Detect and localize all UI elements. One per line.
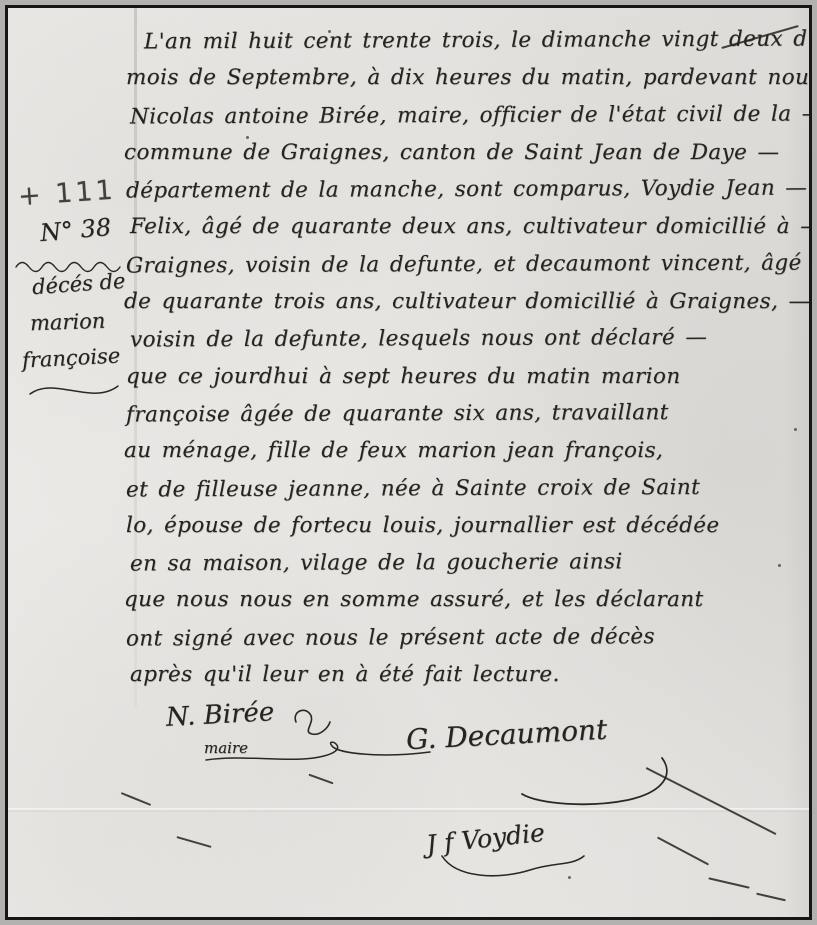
ink-speck: [568, 876, 571, 879]
act-line-12: au ménage, fille de feux marion jean fra…: [124, 432, 802, 469]
stray-stroke: [708, 877, 749, 888]
stray-stroke: [756, 893, 786, 902]
act-line-15: en sa maison, vilage de la goucherie ain…: [130, 543, 802, 583]
act-line-14: lo, épouse de fortecu louis, journallier…: [126, 507, 802, 544]
act-line-1: L'an mil huit cent trente trois, le dima…: [126, 21, 802, 61]
stray-stroke: [308, 774, 333, 785]
act-line-13: et de filleuse jeanne, née à Sainte croi…: [126, 468, 802, 508]
act-line-7: Graignes, voisin de la defunte, et decau…: [126, 244, 802, 284]
margin-pencil-mark: + 111: [17, 175, 117, 213]
horizontal-fold-crease: [8, 808, 809, 812]
decaumont-flourish: [478, 756, 678, 812]
act-line-4: commune de Graignes, canton de Saint Jea…: [124, 134, 802, 171]
act-line-16: que nous nous en somme assuré, et les dé…: [124, 581, 802, 618]
act-line-8: de quarante trois ans, cultivateur domic…: [124, 283, 802, 320]
voydie-flourish: [438, 848, 588, 882]
act-line-17: ont signé avec nous le présent acte de d…: [126, 617, 802, 657]
act-line-5: département de la manche, sont comparus,…: [126, 170, 802, 210]
ink-speck: [328, 30, 331, 33]
stray-stroke: [657, 837, 709, 866]
ink-speck: [794, 428, 797, 431]
act-line-6: Felix, âgé de quarante deux ans, cultiva…: [130, 208, 802, 245]
stray-stroke: [121, 792, 151, 806]
act-line-18: après qu'il leur en à été fait lecture.: [130, 656, 802, 693]
margin-caption-marion: marion: [30, 309, 106, 336]
act-line-10: que ce jourdhui à sept heures du matin m…: [126, 358, 802, 395]
act-body-text: L'an mil huit cent trente trois, le dima…: [126, 22, 802, 693]
ink-speck: [246, 136, 249, 139]
act-line-2: mois de Septembre, à dix heures du matin…: [126, 59, 802, 96]
margin-caption-deces-de: décés de: [31, 269, 126, 299]
act-number: N° 38: [39, 213, 112, 247]
scan-border: + 111 N° 38 décés de marion françoise L'…: [0, 0, 817, 925]
act-line-9: voisin de la defunte, lesquels nous ont …: [130, 319, 802, 359]
act-line-11: françoise âgée de quarante six ans, trav…: [126, 393, 802, 433]
ink-speck: [778, 564, 781, 567]
signature-mayor-biree: N. Birée: [165, 697, 275, 733]
scan-inner-border: + 111 N° 38 décés de marion françoise L'…: [5, 5, 812, 920]
margin-flourish: [26, 380, 122, 406]
mayor-underline-flourish: [204, 732, 434, 766]
document-page: + 111 N° 38 décés de marion françoise L'…: [8, 8, 809, 917]
stray-stroke: [176, 836, 211, 848]
act-line-3: Nicolas antoine Birée, maire, officier d…: [130, 95, 802, 135]
margin-caption-francoise: françoise: [21, 343, 120, 372]
signature-decaumont: G. Decaumont: [405, 713, 608, 756]
